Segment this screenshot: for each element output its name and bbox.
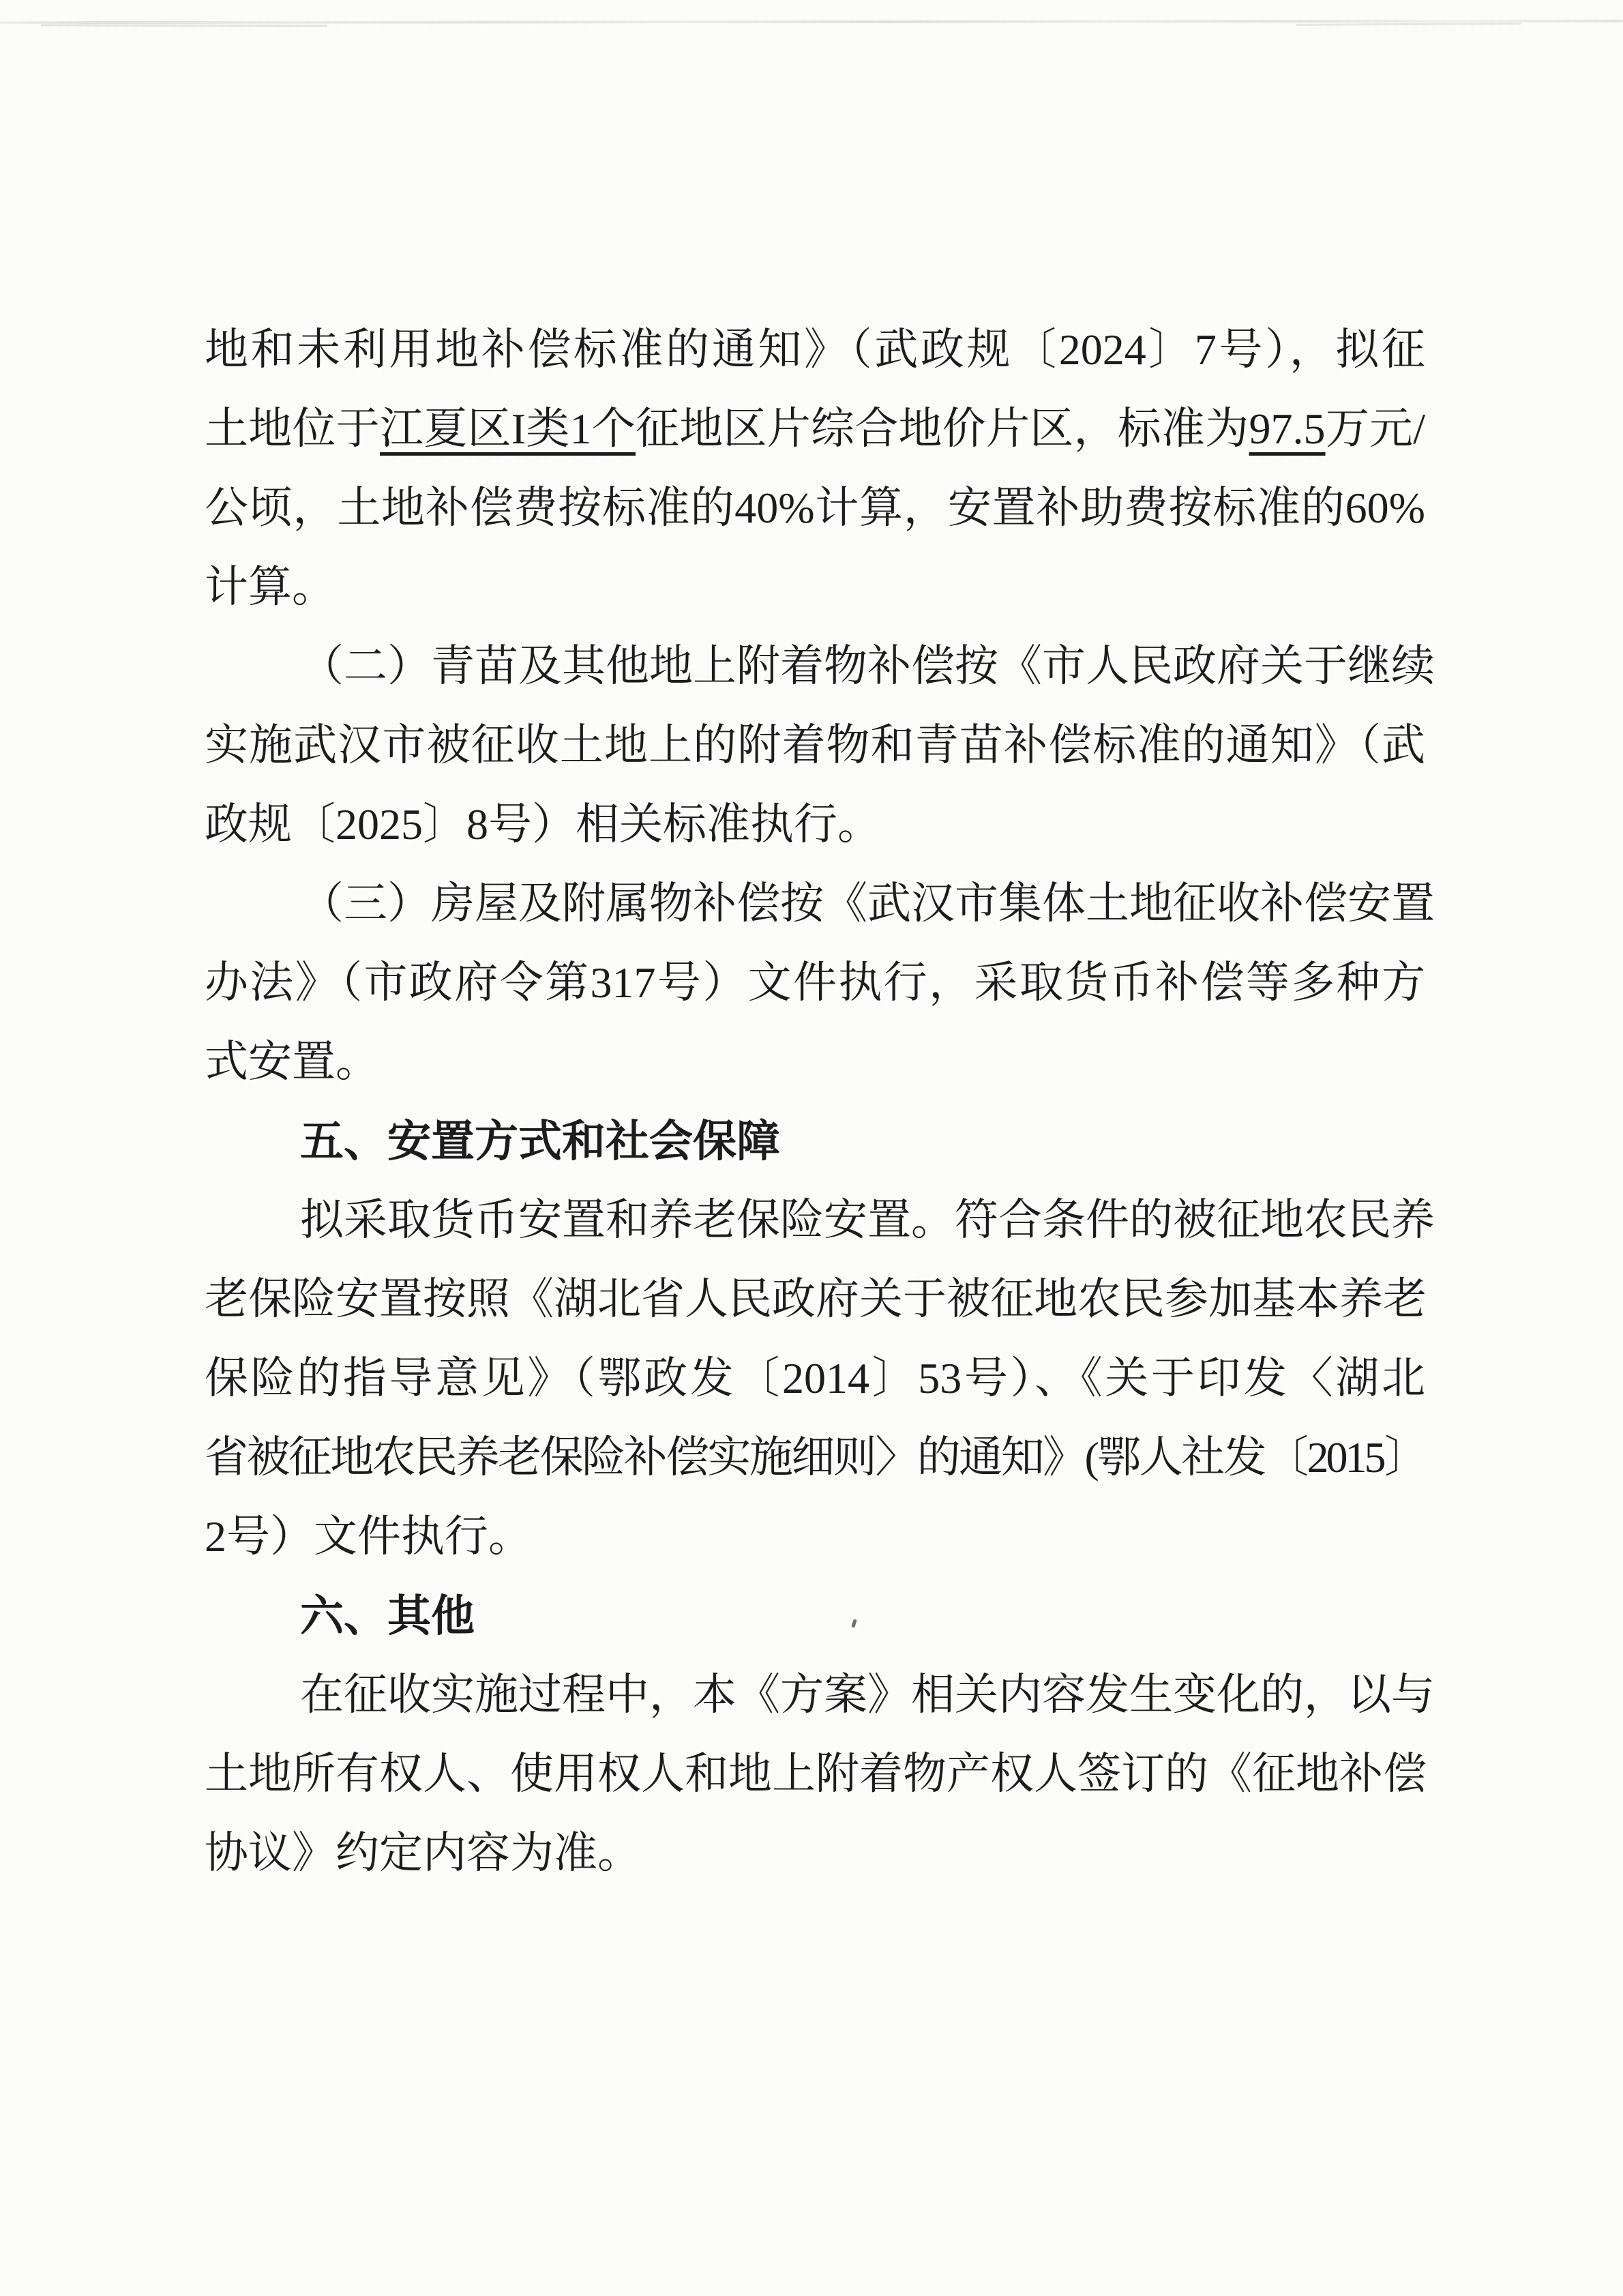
text-line-9: 办法》（市政府令第317号）文件执行，采取货币补偿等多种方 (205, 943, 1425, 1022)
text-line-15: 省被征地农民养老保险补偿实施细则〉的通知》(鄂人社发〔2015〕 (205, 1418, 1425, 1497)
text-segment: 征地区片综合地价片区，标准为 (636, 404, 1249, 453)
text-segment: 万元/ (1326, 404, 1426, 453)
text-line-19: 土地所有权人、使用权人和地上附着物产权人签订的《征地补偿 (205, 1735, 1425, 1814)
section-heading-six: 六、其他 (205, 1576, 1425, 1655)
text-line-14: 保险的指导意见》（鄂政发〔2014〕53号）、《关于印发〈湖北 (205, 1339, 1425, 1418)
text-line-13: 老保险安置按照《湖北省人民政府关于被征地农民参加基本养老 (205, 1260, 1425, 1339)
text-line-2: 土地位于江夏区I类1个征地区片综合地价片区，标准为97.5万元/ (205, 389, 1425, 469)
text-line-6: 实施武汉市被征收土地上的附着物和青苗补偿标准的通知》（武 (205, 706, 1425, 785)
text-line-1: 地和未利用地补偿标准的通知》（武政规〔2024〕7号），拟征 (205, 310, 1425, 389)
text-line-4: 计算。 (205, 548, 1425, 627)
text-line-18-para-start: 在征收实施过程中，本《方案》相关内容发生变化的，以与 (205, 1655, 1425, 1735)
text-line-16: 2号）文件执行。 (205, 1497, 1425, 1576)
scan-edge-artifact (41, 24, 327, 27)
text-segment: 土地位于 (205, 404, 380, 453)
text-line-20: 协议》约定内容为准。 (205, 1814, 1425, 1893)
text-line-10: 式安置。 (205, 1022, 1425, 1102)
underlined-district-zone: 江夏区I类1个 (380, 404, 636, 453)
scanned-document-page: 地和未利用地补偿标准的通知》（武政规〔2024〕7号），拟征 土地位于江夏区I类… (0, 0, 1623, 2296)
scan-edge-artifact (1296, 23, 1521, 26)
document-text-block: 地和未利用地补偿标准的通知》（武政规〔2024〕7号），拟征 土地位于江夏区I类… (205, 310, 1425, 1893)
underlined-price-standard: 97.5 (1249, 404, 1326, 453)
text-line-5-para-two-start: （二）青苗及其他地上附着物补偿按《市人民政府关于继续 (205, 627, 1425, 706)
section-heading-five: 五、安置方式和社会保障 (205, 1102, 1425, 1181)
text-line-3: 公顷，土地补偿费按标准的40%计算，安置补助费按标准的60% (205, 469, 1425, 548)
text-line-8-para-three-start: （三）房屋及附属物补偿按《武汉市集体土地征收补偿安置 (205, 864, 1425, 943)
text-line-12-para-start: 拟采取货币安置和养老保险安置。符合条件的被征地农民养 (205, 1181, 1425, 1260)
text-line-7: 政规〔2025〕8号）相关标准执行。 (205, 785, 1425, 864)
